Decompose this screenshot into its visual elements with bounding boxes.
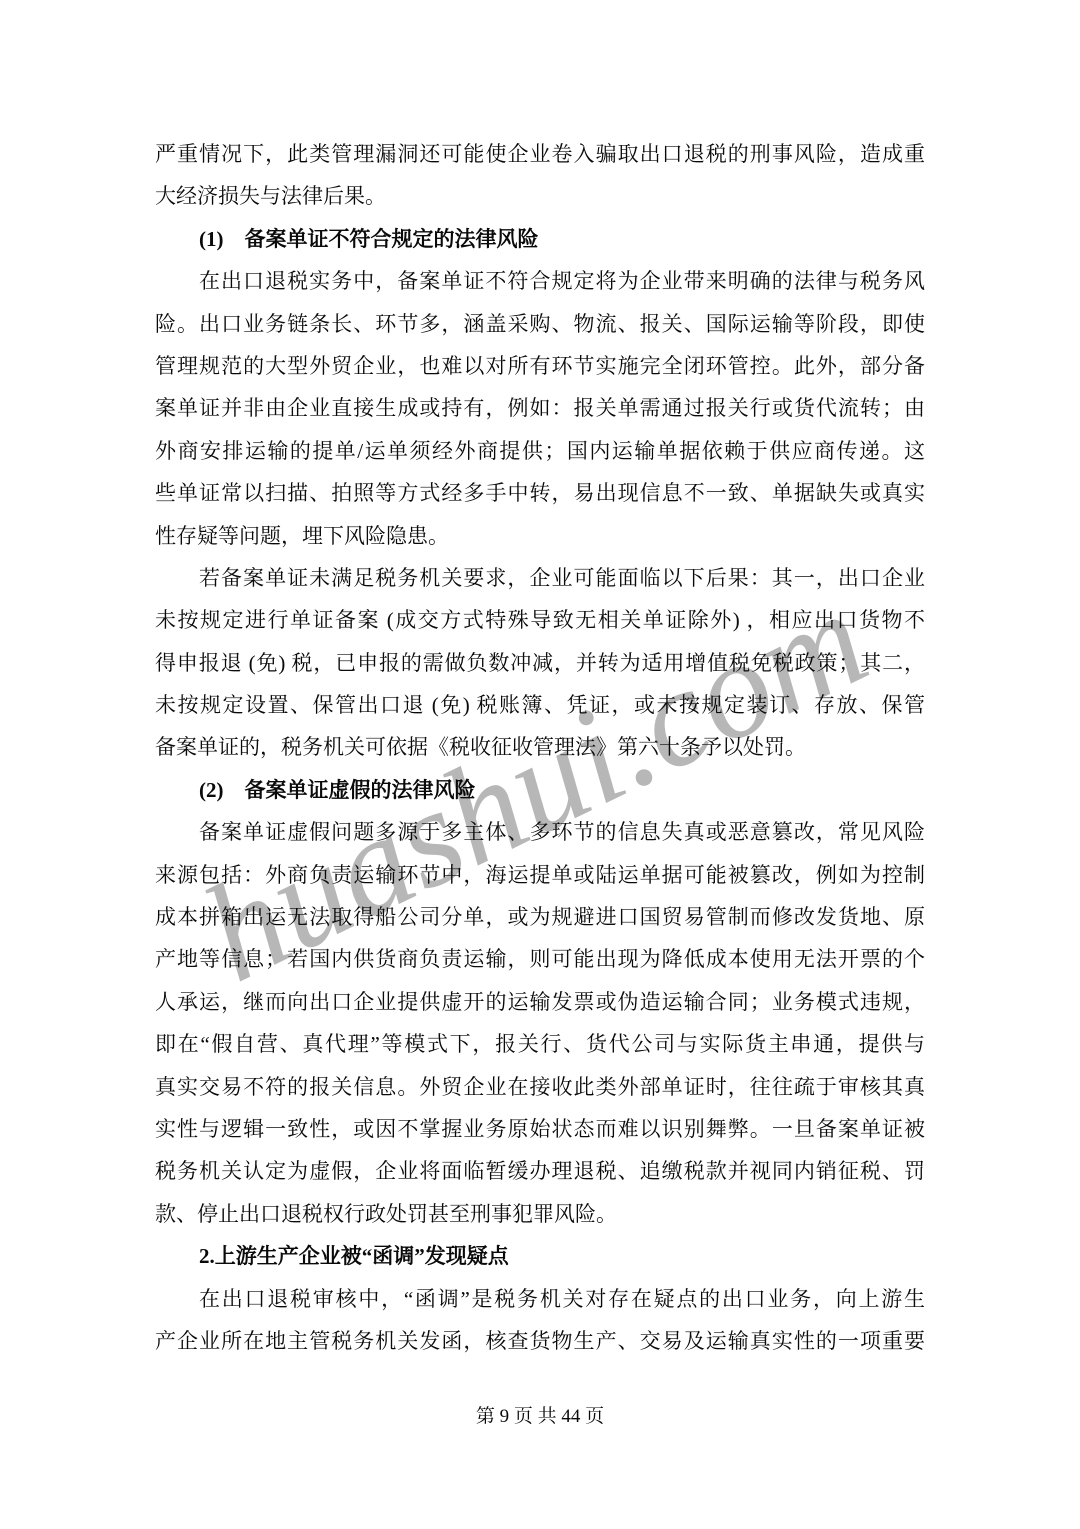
text-line: 税务机关认定为虚假，企业将面临暂缓办理退税、追缴税款并视同内销征税、罚 (155, 1150, 925, 1192)
para-noncompliance-consequences: 若备案单证未满足税务机关要求，企业可能面临以下后果：其一，出口企业未按规定进行单… (155, 557, 925, 769)
text-line: 真实交易不符的报关信息。外贸企业在接收此类外部单证时，往往疏于审核其真 (155, 1066, 925, 1108)
heading-line: (1) 备案单证不符合规定的法律风险 (155, 218, 925, 260)
para-falsification-detail: 备案单证虚假问题多源于多主体、多环节的信息失真或恶意篡改，常见风险来源包括：外商… (155, 811, 925, 1235)
text-line: 在出口退税审核中，“函调”是税务机关对存在疑点的出口业务，向上游生 (155, 1278, 925, 1320)
text-line: 成本拼箱出运无法取得船公司分单，或为规避进口国贸易管制而修改发货地、原 (155, 896, 925, 938)
text-line: 些单证常以扫描、拍照等方式经多手中转，易出现信息不一致、单据缺失或真实 (155, 472, 925, 514)
text-line: 即在“假自营、真代理”等模式下，报关行、货代公司与实际货主串通，提供与 (155, 1023, 925, 1065)
text-line: 案单证并非由企业直接生成或持有，例如：报关单需通过报关行或货代流转；由 (155, 387, 925, 429)
text-line: 备案单证的，税务机关可依据《税收征收管理法》第六十条予以处罚。 (155, 726, 925, 768)
text-line: 若备案单证未满足税务机关要求，企业可能面临以下后果：其一，出口企业 (155, 557, 925, 599)
text-line: 实性与逻辑一致性，或因不掌握业务原始状态而难以识别舞弊。一旦备案单证被 (155, 1108, 925, 1150)
para-noncompliance-overview: 在出口退税实务中，备案单证不符合规定将为企业带来明确的法律与税务风险。出口业务链… (155, 260, 925, 557)
text-line: 性存疑等问题，埋下风险隐患。 (155, 515, 925, 557)
text-line: 产地等信息；若国内供货商负责运输，则可能出现为降低成本使用无法开票的个 (155, 938, 925, 980)
text-line: 未按规定设置、保管出口退 (免) 税账簿、凭证，或未按规定装订、存放、保管 (155, 684, 925, 726)
text-line: 备案单证虚假问题多源于多主体、多环节的信息失真或恶意篡改，常见风险 (155, 811, 925, 853)
text-line: 管理规范的大型外贸企业，也难以对所有环节实施完全闭环管控。此外，部分备 (155, 345, 925, 387)
document-page: huashui.com 严重情况下，此类管理漏洞还可能使企业卷入骗取出口退税的刑… (0, 0, 1080, 1529)
text-line: 未按规定进行单证备案 (成交方式特殊导致无相关单证除外) ，相应出口货物不 (155, 599, 925, 641)
text-line: 大经济损失与法律后果。 (155, 175, 925, 217)
heading-filing-falsification-risk: (2) 备案单证虚假的法律风险 (155, 769, 925, 811)
text-line: 严重情况下，此类管理漏洞还可能使企业卷入骗取出口退税的刑事风险，造成重 (155, 133, 925, 175)
document-body: 严重情况下，此类管理漏洞还可能使企业卷入骗取出口退税的刑事风险，造成重大经济损失… (155, 133, 925, 1362)
text-line: 来源包括：外商负责运输环节中，海运提单或陆运单据可能被篡改，例如为控制 (155, 854, 925, 896)
para-letter-inquiry-intro: 在出口退税审核中，“函调”是税务机关对存在疑点的出口业务，向上游生产企业所在地主… (155, 1278, 925, 1363)
text-line: 得申报退 (免) 税，已申报的需做负数冲减，并转为适用增值税免税政策；其二， (155, 642, 925, 684)
heading-line: 2.上游生产企业被“函调”发现疑点 (155, 1235, 925, 1277)
para-carryover: 严重情况下，此类管理漏洞还可能使企业卷入骗取出口退税的刑事风险，造成重大经济损失… (155, 133, 925, 218)
text-line: 款、停止出口退税权行政处罚甚至刑事犯罪风险。 (155, 1193, 925, 1235)
text-line: 外商安排运输的提单/运单须经外商提供；国内运输单据依赖于供应商传递。这 (155, 430, 925, 472)
text-line: 险。出口业务链条长、环节多，涵盖采购、物流、报关、国际运输等阶段，即使 (155, 303, 925, 345)
text-line: 产企业所在地主管税务机关发函，核查货物生产、交易及运输真实性的一项重要 (155, 1320, 925, 1362)
text-line: 人承运，继而向出口企业提供虚开的运输发票或伪造运输合同；业务模式违规， (155, 981, 925, 1023)
page-footer: 第 9 页 共 44 页 (0, 1401, 1080, 1428)
heading-line: (2) 备案单证虚假的法律风险 (155, 769, 925, 811)
heading-filing-noncompliance-risk: (1) 备案单证不符合规定的法律风险 (155, 218, 925, 260)
page-number-text: 第 9 页 共 44 页 (476, 1406, 604, 1427)
heading-upstream-letter-inquiry: 2.上游生产企业被“函调”发现疑点 (155, 1235, 925, 1277)
text-line: 在出口退税实务中，备案单证不符合规定将为企业带来明确的法律与税务风 (155, 260, 925, 302)
